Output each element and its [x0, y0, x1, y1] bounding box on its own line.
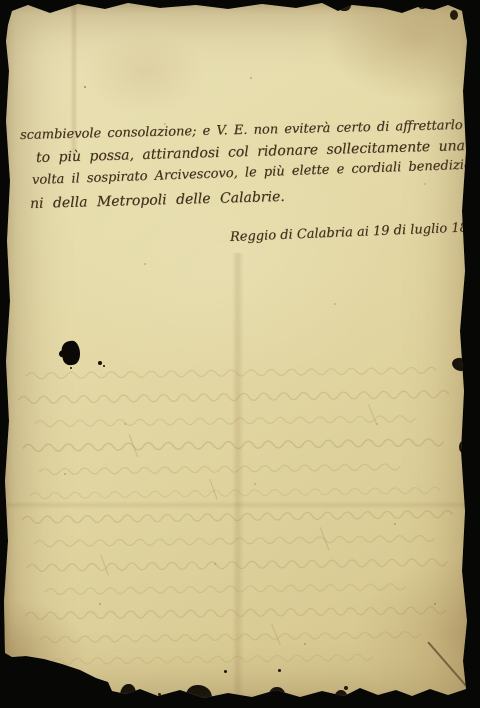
letter-page: scambievole consolazione; e V. E. non ev…: [4, 3, 472, 704]
edge-notch: [268, 687, 286, 708]
ink-speck: [344, 686, 348, 690]
ink-speck: [70, 367, 72, 369]
ink-speck: [278, 669, 281, 672]
ink-speck: [158, 693, 161, 696]
ink-speck: [224, 670, 227, 673]
edge-nick: [459, 441, 467, 453]
edge-notch: [338, 0, 351, 11]
edge-notch: [120, 684, 136, 706]
edge-nick: [2, 211, 8, 220]
foxing-spots: [4, 3, 6, 5]
edge-hole: [450, 10, 458, 20]
letter-line-4: ni della Metropoli delle Calabrie.: [30, 189, 285, 212]
edge-notch: [418, 0, 428, 9]
ink-speck: [98, 361, 102, 365]
edge-notch: [186, 685, 212, 708]
ink-speck: [103, 365, 105, 367]
scan-background: scambievole consolazione; e V. E. non ev…: [0, 0, 480, 708]
letter-dateline: Reggio di Calabria ai 19 di luglio 1885: [230, 220, 480, 245]
edge-notch: [334, 690, 348, 708]
